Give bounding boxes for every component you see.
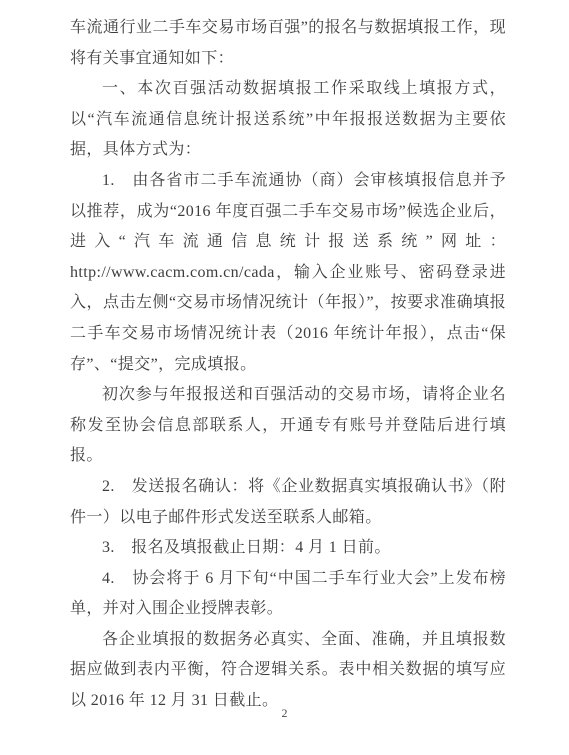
document-page: 车流通行业二手车交易市场百强”的报名与数据填报工作，现将有关事宜通知如下： 一、… — [70, 13, 506, 717]
paragraph-item-3: 3. 报名及填报截止日期：4 月 1 日前。 — [70, 533, 506, 564]
paragraph-item-4: 4. 协会将于 6 月下旬“中国二手车行业大会”上发布榜单，并对入围企业授牌表彰… — [70, 564, 506, 625]
page-number: 2 — [0, 706, 569, 721]
paragraph-section-one: 一、本次百强活动数据填报工作采取线上填报方式，以“汽车流通信息统计报送系统”中年… — [70, 74, 506, 166]
paragraph-data-requirements: 各企业填报的数据务必真实、全面、准确，并且填报数据应做到表内平衡，符合逻辑关系。… — [70, 625, 506, 717]
paragraph-item-2: 2. 发送报名确认：将《企业数据真实填报确认书》（附件一）以电子邮件形式发送至联… — [70, 472, 506, 533]
paragraph-first-time-note: 初次参与年报报送和百强活动的交易市场，请将企业名称发至协会信息部联系人，开通专有… — [70, 380, 506, 472]
paragraph-continuation: 车流通行业二手车交易市场百强”的报名与数据填报工作，现将有关事宜通知如下： — [70, 13, 506, 74]
paragraph-item-1: 1. 由各省市二手车流通协（商）会审核填报信息并予以推荐，成为“2016 年度百… — [70, 166, 506, 380]
